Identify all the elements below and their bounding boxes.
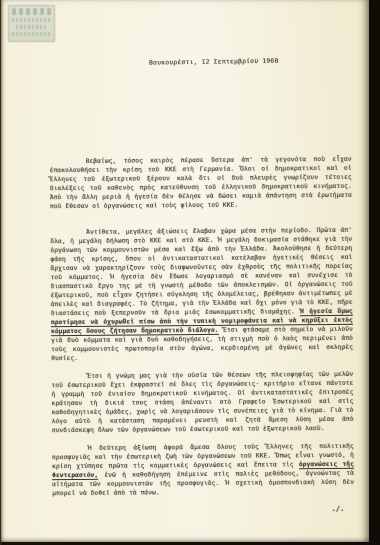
paragraph: Βεβαίως, τόσος καιρὸς πέρασε ὕστερα ἀπ' …	[50, 155, 352, 211]
archive-stamp-icon	[8, 5, 55, 42]
text-segment: ἐνῶ ἡ καθοδήγηση ἐπέμεινε στὶς παλιὲς με…	[52, 470, 354, 497]
stamp-emblem	[12, 8, 51, 15]
text-segment: Βεβαίως, τόσος καιρὸς πέρασε ὕστερα ἀπ' …	[50, 156, 352, 210]
paragraph: Ἔτσι ἡ γνώμη μας γιὰ τὴν οὐσία τῶν θέσεω…	[51, 370, 353, 435]
stamp-text-line	[12, 32, 51, 36]
continuation-mark: ./.	[52, 505, 354, 516]
paragraph: Ἀντίθετα, μεγάλες ἀξιώσεις ἔλαβαν χώρα μ…	[50, 226, 353, 363]
text-segment: Ἔτσι ἡ γνώμη μας γιὰ τὴν οὐσία τῶν θέσεω…	[51, 371, 353, 434]
document-body: Βεβαίως, τόσος καιρὸς πέρασε ὕστερα ἀπ' …	[50, 155, 355, 516]
document-page: Βουκουρέστι, 12 Σεπτεμβρίου 1968 Βεβαίως…	[1, 0, 369, 542]
paragraph: Ἡ δεύτερη ἀξίωση ἀφορᾶ ἄμεσα ὅλους τοὺς …	[52, 442, 354, 498]
scanned-document: Βουκουρέστι, 12 Σεπτεμβρίου 1968 Βεβαίως…	[0, 0, 380, 545]
stamp-text-line	[12, 18, 51, 22]
dateline: Βουκουρέστι, 12 Σεπτεμβρίου 1968	[149, 55, 359, 66]
stamp-text-line	[16, 25, 47, 29]
text-segment: Ἀντίθετα, μεγάλες ἀξιώσεις ἔλαβαν χώρα μ…	[50, 227, 353, 317]
